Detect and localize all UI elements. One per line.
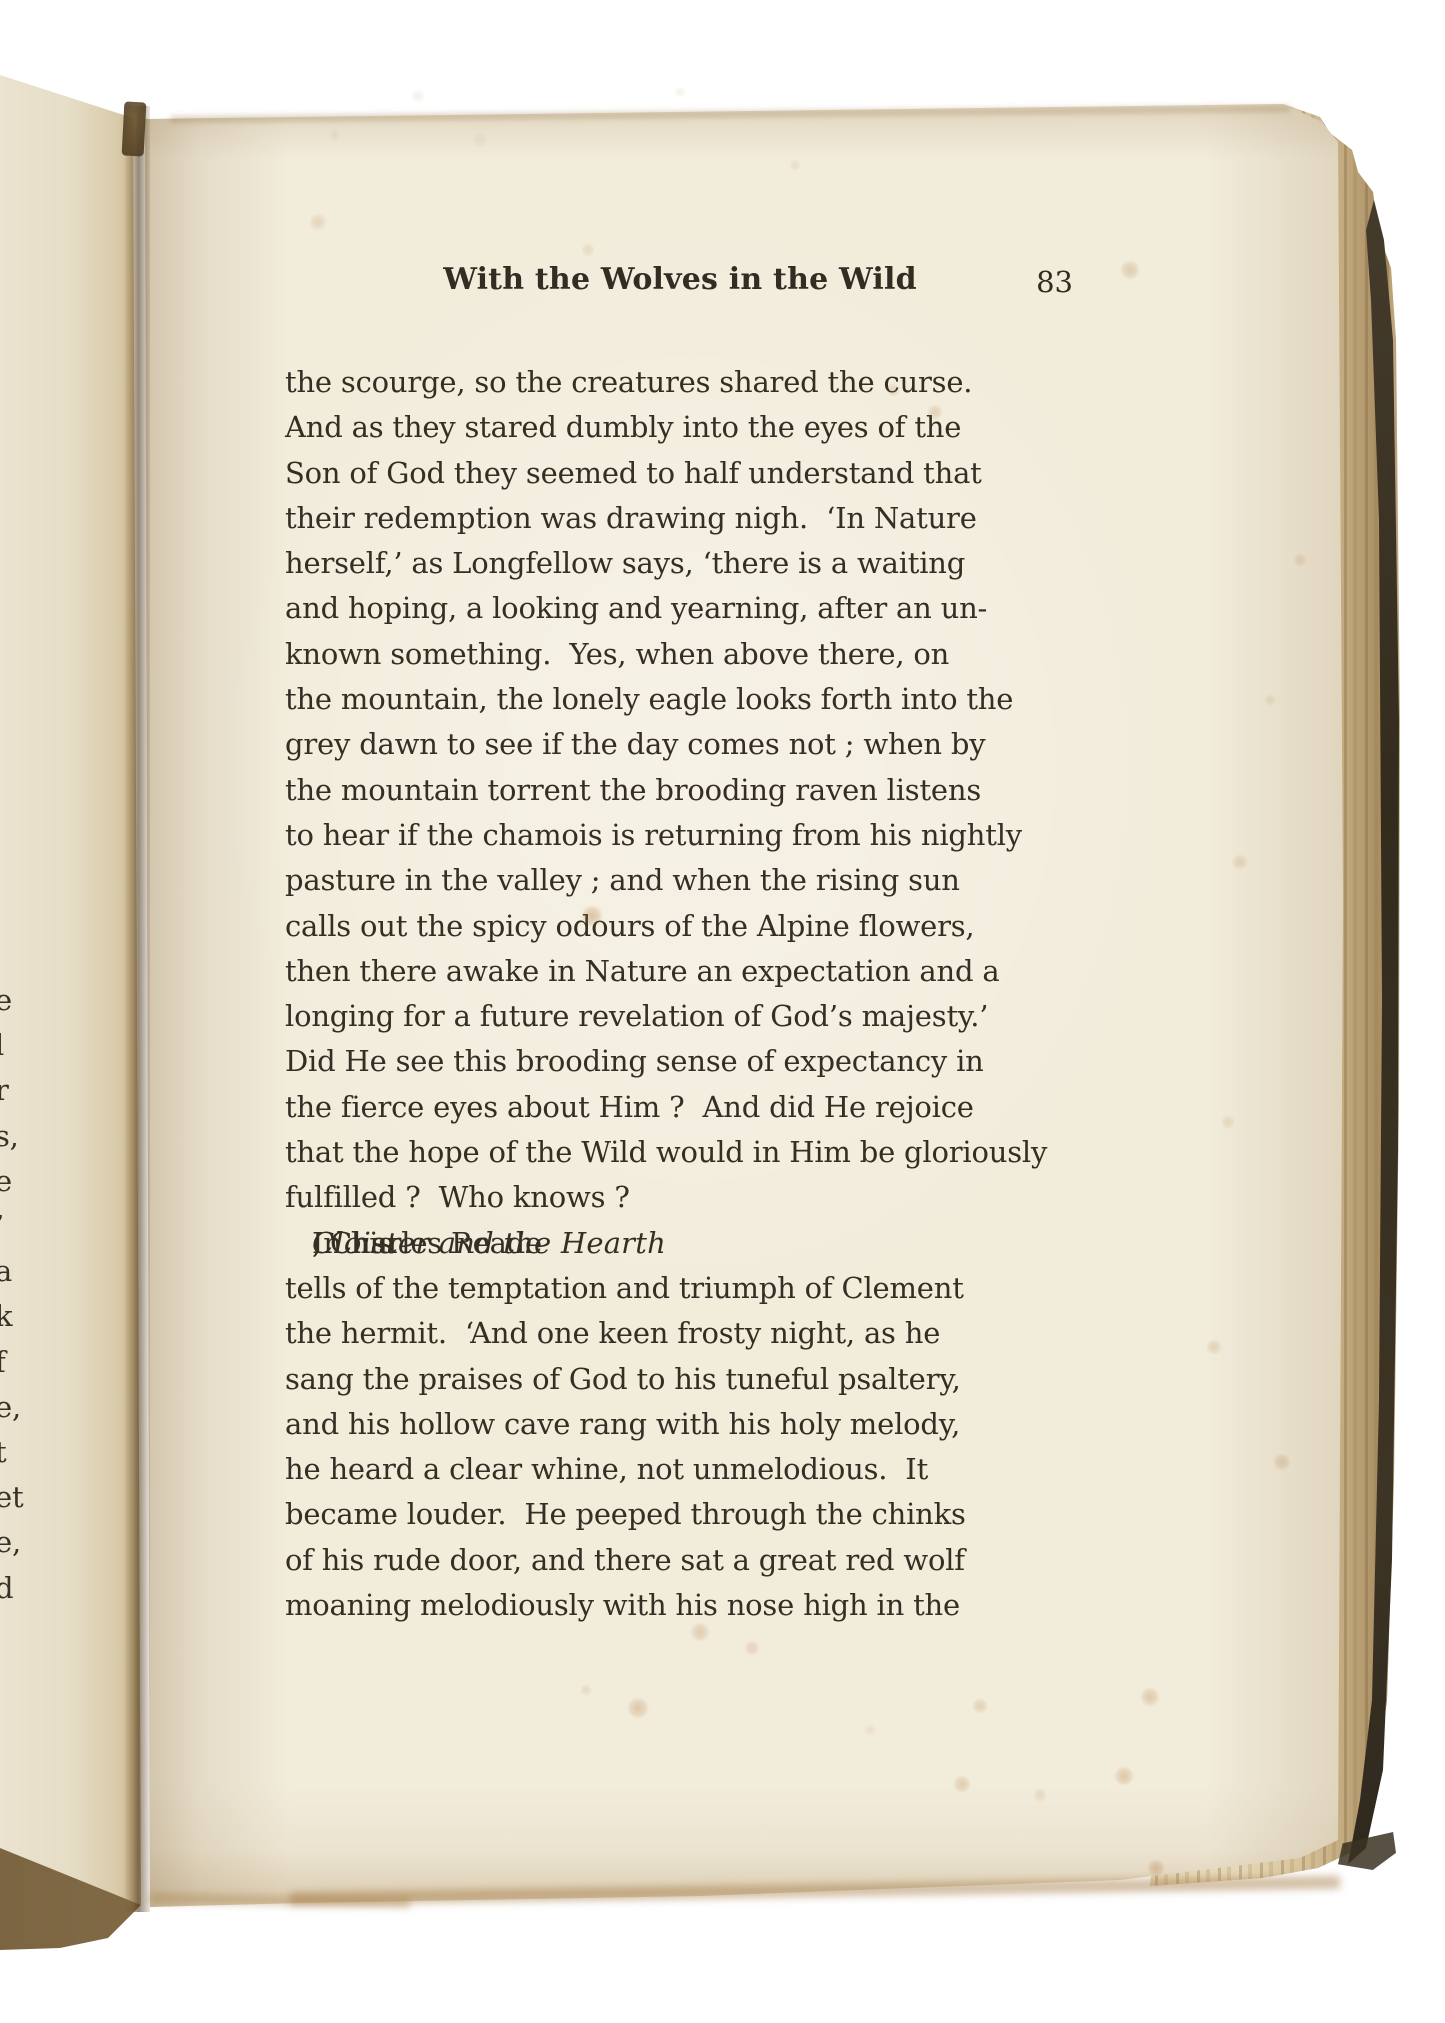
body-line: their redemption was drawing nigh. ‘In N… <box>285 496 1075 541</box>
fragment-letter: ’ <box>0 1209 4 1243</box>
headband <box>122 101 147 156</box>
body-line: calls out the spicy odours of the Alpine… <box>285 904 1075 949</box>
body-line: known something. Yes, when above there, … <box>285 632 1075 677</box>
body-line: longing for a future revelation of God’s… <box>285 994 1075 1039</box>
body-line: he heard a clear whine, not unmelodious.… <box>285 1447 1075 1492</box>
text-segment: , Charles Reade <box>312 1221 542 1266</box>
fragment-letter: a <box>0 1254 12 1288</box>
body-line: grey dawn to see if the day comes not ; … <box>285 722 1075 767</box>
text-segment: pasture in the valley ; and when the ris… <box>285 858 960 903</box>
text-segment: tells of the temptation and triumph of C… <box>285 1266 964 1311</box>
body-line: And as they stared dumbly into the eyes … <box>285 405 1075 450</box>
body-line: the scourge, so the creatures shared the… <box>285 360 1075 405</box>
fragment-letter: d <box>0 1571 13 1605</box>
body-line: tells of the temptation and triumph of C… <box>285 1266 1075 1311</box>
body-line: moaning melodiously with his nose high i… <box>285 1583 1075 1628</box>
fragment-letter: s, <box>0 1119 19 1153</box>
body-line: In his Cloister and the Hearth, Charles … <box>285 1221 1075 1266</box>
fragment-letter: e <box>0 1164 12 1198</box>
page-title: With the Wolves in the Wild <box>285 262 1075 297</box>
body-text: the scourge, so the creatures shared the… <box>285 360 1075 1650</box>
text-segment: And as they stared dumbly into the eyes … <box>285 405 961 450</box>
fragment-letter: e, <box>0 1525 21 1559</box>
text-segment: Son of God they seemed to half understan… <box>285 451 982 496</box>
body-line: pasture in the valley ; and when the ris… <box>285 858 1075 903</box>
text-segment: and his hollow cave rang with his holy m… <box>285 1402 960 1447</box>
fragment-letter: l <box>0 1028 4 1062</box>
fragment-letter: e <box>0 983 12 1017</box>
body-line: the mountain torrent the brooding raven … <box>285 768 1075 813</box>
left-page-text-fragments: elrs,e’akfe,tete,d <box>0 0 35 2023</box>
text-segment: the mountain torrent the brooding raven … <box>285 768 981 813</box>
text-segment: the mountain, the lonely eagle looks for… <box>285 677 1013 722</box>
body-line: then there awake in Nature an expectatio… <box>285 949 1075 994</box>
gutter-shadow <box>124 106 150 1912</box>
text-segment: longing for a future revelation of God’s… <box>285 994 988 1039</box>
body-line: became louder. He peeped through the chi… <box>285 1492 1075 1537</box>
fragment-letter: k <box>0 1299 12 1333</box>
body-line: sang the praises of God to his tuneful p… <box>285 1357 1075 1402</box>
text-segment: he heard a clear whine, not unmelodious.… <box>285 1447 928 1492</box>
body-line: and his hollow cave rang with his holy m… <box>285 1402 1075 1447</box>
book-photo: elrs,e’akfe,tete,d With the Wolves in th… <box>0 0 1445 2023</box>
fragment-letter: et <box>0 1480 23 1514</box>
fragment-letter: f <box>0 1345 6 1379</box>
text-segment: the hermit. ‘And one keen frosty night, … <box>285 1311 940 1356</box>
text-segment: that the hope of the Wild would in Him b… <box>285 1130 1047 1175</box>
fragment-letter: t <box>0 1435 6 1469</box>
fragment-letter: r <box>0 1073 9 1107</box>
body-line: Son of God they seemed to half understan… <box>285 451 1075 496</box>
text-segment: herself,’ as Longfellow says, ‘there is … <box>285 541 965 586</box>
body-line: the mountain, the lonely eagle looks for… <box>285 677 1075 722</box>
text-segment: fulfilled ? Who knows ? <box>285 1175 630 1220</box>
text-segment: Did He see this brooding sense of expect… <box>285 1039 984 1084</box>
body-line: the hermit. ‘And one keen frosty night, … <box>285 1311 1075 1356</box>
text-segment: grey dawn to see if the day comes not ; … <box>285 722 985 767</box>
text-segment: known something. Yes, when above there, … <box>285 632 949 677</box>
body-line: fulfilled ? Who knows ? <box>285 1175 1075 1220</box>
body-line: herself,’ as Longfellow says, ‘there is … <box>285 541 1075 586</box>
text-segment: to hear if the chamois is returning from… <box>285 813 1022 858</box>
foxing-spot <box>674 86 686 98</box>
page-number: 83 <box>1036 265 1073 299</box>
body-line: Did He see this brooding sense of expect… <box>285 1039 1075 1084</box>
text-segment: sang the praises of God to his tuneful p… <box>285 1357 961 1402</box>
foxing-spot <box>411 89 425 103</box>
text-segment: the fierce eyes about Him ? And did He r… <box>285 1085 974 1130</box>
text-segment: became louder. He peeped through the chi… <box>285 1492 966 1537</box>
text-segment: their redemption was drawing nigh. ‘In N… <box>285 496 977 541</box>
body-line: of his rude door, and there sat a great … <box>285 1538 1075 1583</box>
text-segment: moaning melodiously with his nose high i… <box>285 1583 960 1628</box>
body-line: the fierce eyes about Him ? And did He r… <box>285 1085 1075 1130</box>
running-header: With the Wolves in the Wild 83 <box>285 262 1075 306</box>
body-line: and hoping, a looking and yearning, afte… <box>285 586 1075 631</box>
body-line: to hear if the chamois is returning from… <box>285 813 1075 858</box>
body-line: that the hope of the Wild would in Him b… <box>285 1130 1075 1175</box>
text-segment: calls out the spicy odours of the Alpine… <box>285 904 974 949</box>
text-segment: the scourge, so the creatures shared the… <box>285 360 972 405</box>
text-segment: and hoping, a looking and yearning, afte… <box>285 586 987 631</box>
fragment-letter: e, <box>0 1390 21 1424</box>
text-segment: then there awake in Nature an expectatio… <box>285 949 999 994</box>
text-segment: of his rude door, and there sat a great … <box>285 1538 965 1583</box>
